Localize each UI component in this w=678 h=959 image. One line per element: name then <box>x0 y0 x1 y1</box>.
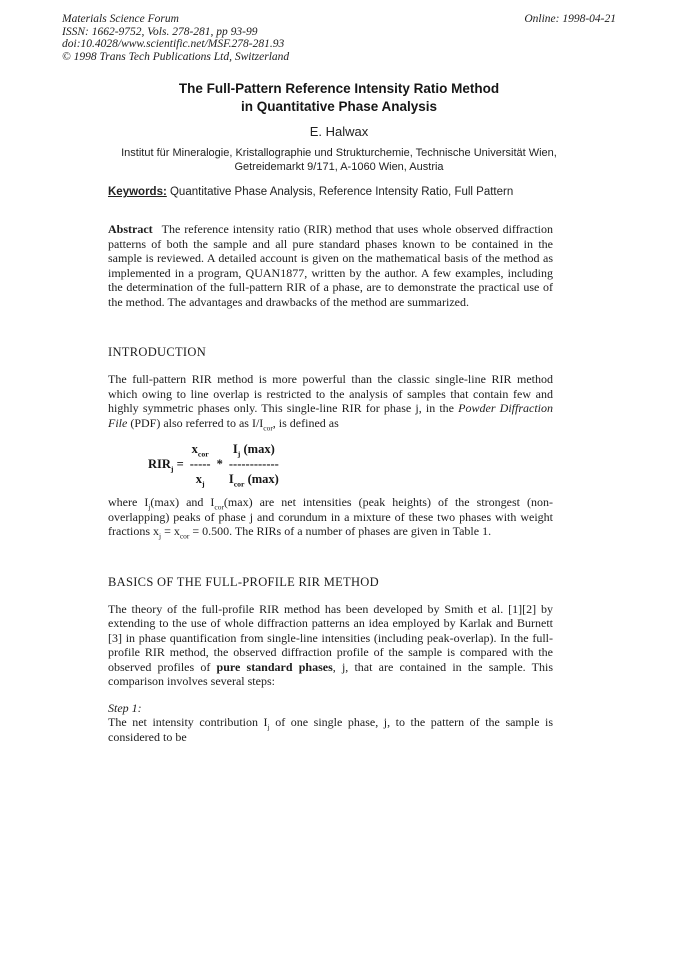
copyright-line: © 1998 Trans Tech Publications Ltd, Swit… <box>62 51 289 64</box>
fraction1-denominator-subscript: j <box>202 480 205 489</box>
paper-title: The Full-Pattern Reference Intensity Rat… <box>62 80 616 115</box>
fraction1-denominator: xj <box>196 472 205 487</box>
rir-equation: RIRj = xcor ----- xj * Ij (max) --------… <box>148 442 553 487</box>
issn-line: ISSN: 1662-9752, Vols. 278-281, pp 93-99 <box>62 26 289 39</box>
affiliation-line1: Institut für Mineralogie, Kristallograph… <box>62 147 616 161</box>
equation-fraction-intensities: Ij (max) ------------ Icor (max) <box>229 442 279 487</box>
fraction2-denominator-subscript: cor <box>234 480 245 489</box>
keywords-label: Keywords: <box>108 186 167 198</box>
fraction1-numerator: xcor <box>192 442 209 457</box>
affiliation-line2: Getreidemarkt 9/171, A-1060 Wien, Austri… <box>62 161 616 175</box>
where-text-b: (max) and I <box>150 495 214 509</box>
step1-label: Step 1: <box>108 701 553 716</box>
fraction1-bar: ----- <box>190 457 211 472</box>
abstract-text: The reference intensity ratio (RIR) meth… <box>108 222 553 309</box>
where-subscript-cor2: cor <box>180 531 190 540</box>
fraction2-numerator-suffix: (max) <box>240 442 274 456</box>
keywords-text: Quantitative Phase Analysis, Reference I… <box>167 186 513 198</box>
intro-text-c: , is defined as <box>273 416 339 430</box>
step1-paragraph: The net intensity contribution Ij of one… <box>108 715 553 744</box>
body-column: Keywords: Quantitative Phase Analysis, R… <box>108 186 553 744</box>
step1-text-a: The net intensity contribution I <box>108 715 268 729</box>
basics-paragraph: The theory of the full-profile RIR metho… <box>108 602 553 689</box>
where-text-e: = 0.500. The RIRs of a number of phases … <box>189 524 491 538</box>
fraction2-bar: ------------ <box>229 457 279 472</box>
section-heading-introduction: INTRODUCTION <box>108 345 553 360</box>
author-name: E. Halwax <box>62 124 616 139</box>
intro-subscript-cor: cor <box>263 423 273 432</box>
paper-title-line2: in Quantitative Phase Analysis <box>241 99 437 114</box>
basics-text-bold: pure standard phases <box>217 660 333 674</box>
online-date: Online: 1998-04-21 <box>524 13 616 26</box>
masthead: Materials Science Forum ISSN: 1662-9752,… <box>62 13 616 63</box>
where-text-d: = x <box>161 524 180 538</box>
equation-lhs: RIRj = <box>148 457 184 472</box>
fraction2-denominator: Icor (max) <box>229 472 279 487</box>
masthead-left: Materials Science Forum ISSN: 1662-9752,… <box>62 13 289 63</box>
section-heading-basics: BASICS OF THE FULL-PROFILE RIR METHOD <box>108 575 553 590</box>
paper-title-line1: The Full-Pattern Reference Intensity Rat… <box>179 81 499 96</box>
introduction-paragraph: The full-pattern RIR method is more powe… <box>108 372 553 430</box>
doi-line: doi:10.4028/www.scientific.net/MSF.278-2… <box>62 38 289 51</box>
where-paragraph: where Ij(max) and Icor(max) are net inte… <box>108 495 553 539</box>
equation-multiply-sign: * <box>217 457 223 472</box>
abstract-paragraph: AbstractThe reference intensity ratio (R… <box>108 222 553 309</box>
abstract-label: Abstract <box>108 222 153 236</box>
intro-text-b: (PDF) also referred to as I/I <box>127 416 263 430</box>
journal-name: Materials Science Forum <box>62 13 289 26</box>
equation-fraction-weights: xcor ----- xj <box>190 442 211 487</box>
affiliation: Institut für Mineralogie, Kristallograph… <box>62 147 616 174</box>
equation-lhs-base: RIR <box>148 457 171 471</box>
where-text-a: where I <box>108 495 148 509</box>
fraction2-denominator-suffix: (max) <box>244 472 278 486</box>
equation-equals-sign: = <box>174 457 184 471</box>
paper-page: Materials Science Forum ISSN: 1662-9752,… <box>0 0 678 959</box>
keywords-line: Keywords: Quantitative Phase Analysis, R… <box>108 186 553 198</box>
fraction2-numerator: Ij (max) <box>233 442 275 457</box>
